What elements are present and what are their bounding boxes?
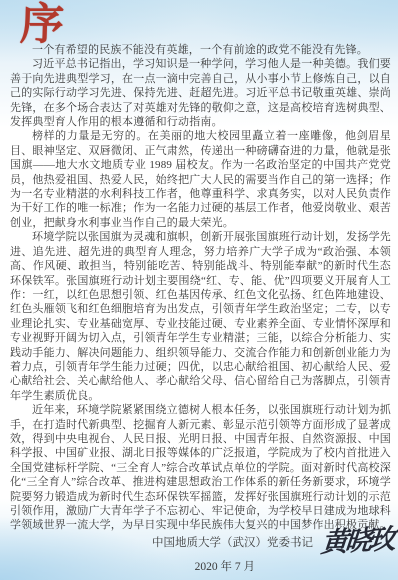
scanned-preface-page: { "page": { "title": "序", "colors": { "t… bbox=[0, 0, 398, 580]
preface-body: 一个有希望的民族不能没有英雄，一个有前途的政党不能没有先锋。 习近平总书记指出，… bbox=[10, 43, 391, 533]
signature-handwriting: 黄晓玫 bbox=[320, 525, 395, 559]
signature-row: 中国地质大学（武汉）党委书记 黄晓玫 bbox=[0, 527, 395, 557]
preface-paragraph: 榜样的力量是无穷的。在美丽的地大校园里矗立着一座雕像，他剑眉星目、眼神坚定、双唇… bbox=[10, 129, 391, 230]
preface-paragraph: 环境学院以张国旗为灵魂和旗帜，创新开展张国旗班行动计划，发扬学先进、追先进、超先… bbox=[10, 230, 391, 403]
preface-paragraph: 近年来，环境学院紧紧围绕立德树人根本任务，以张国旗班行动计划为抓手，在打造时代新… bbox=[10, 403, 391, 533]
signature-block: 中国地质大学（武汉）党委书记 黄晓玫 2020 年 7 月 bbox=[0, 527, 395, 574]
preface-page: 序 一个有希望的民族不能没有英雄，一个有前途的政党不能没有先锋。 习近平总书记指… bbox=[0, 0, 398, 580]
preface-paragraph: 习近平总书记指出，学习知识是一种学问，学习他人是一种美德。我们要善于向先进典型学… bbox=[10, 57, 391, 129]
signature-affiliation: 中国地质大学（武汉）党委书记 bbox=[152, 534, 313, 550]
signature-date: 2020 年 7 月 bbox=[0, 558, 395, 574]
preface-paragraph: 一个有希望的民族不能没有英雄，一个有前途的政党不能没有先锋。 bbox=[10, 43, 391, 57]
